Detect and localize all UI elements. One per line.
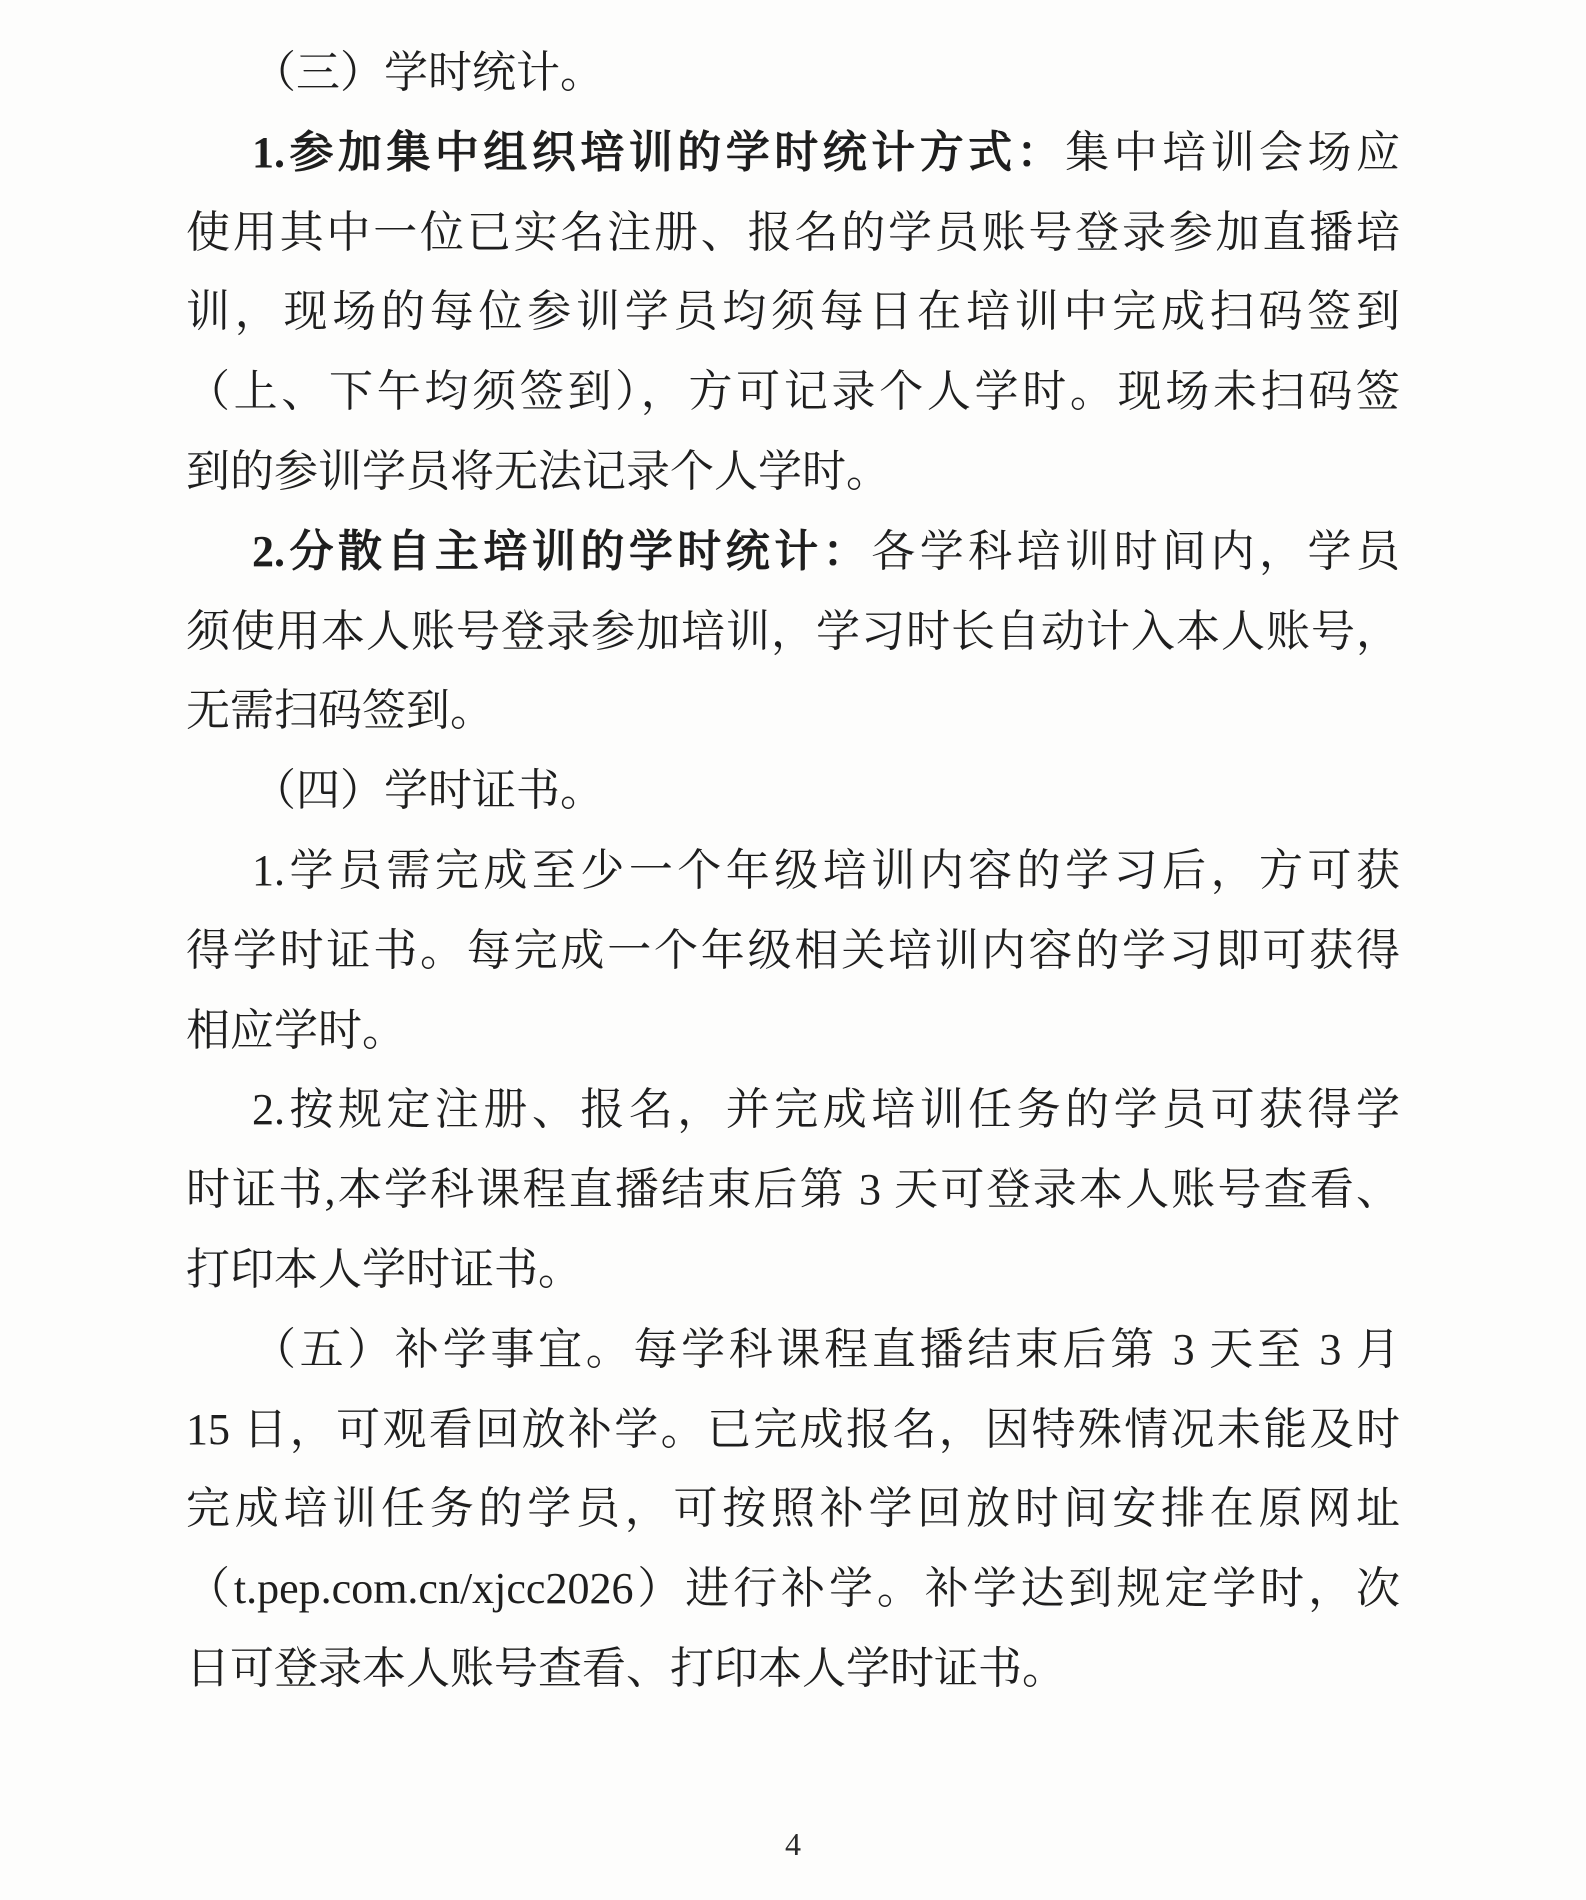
text-line: （t.pep.com.cn/xjcc2026）进行补学。补学达到规定学时，次 (186, 1549, 1400, 1629)
text-line: 完成培训任务的学员，可按照补学回放时间安排在原网址 (186, 1469, 1400, 1549)
text-segment: 各学科培训时间内，学员 (871, 527, 1400, 576)
text-line: （上、下午均须签到），方可记录个人学时。现场未扫码签 (186, 352, 1400, 432)
text-segment: （t.pep.com.cn/xjcc2026）进行补学。补学达到规定学时，次 (186, 1564, 1400, 1613)
text-segment: 相应学时。 (186, 1006, 406, 1055)
text-line: 到的参训学员将无法记录个人学时。 (186, 432, 1400, 512)
text-segment: 须使用本人账号登录参加培训，学习时长自动计入本人账号， (186, 607, 1400, 656)
text-segment: 1.学员需完成至少一个年级培训内容的学习后，方可获 (252, 846, 1400, 895)
text-segment: 15 日，可观看回放补学。已完成报名，因特殊情况未能及时 (186, 1405, 1400, 1454)
text-line: 1.学员需完成至少一个年级培训内容的学习后，方可获 (186, 831, 1400, 911)
text-line: 打印本人学时证书。 (186, 1230, 1400, 1310)
text-line: 2.按规定注册、报名，并完成培训任务的学员可获得学 (186, 1070, 1400, 1150)
text-segment: 得学时证书。每完成一个年级相关培训内容的学习即可获得 (186, 926, 1400, 975)
text-line: 须使用本人账号登录参加培训，学习时长自动计入本人账号， (186, 592, 1400, 672)
text-segment: 集中培训会场应 (1065, 128, 1400, 177)
text-segment: （五）补学事宜。每学科课程直播结束后第 3 天至 3 月 (252, 1325, 1400, 1374)
text-segment-bold: 2.分散自主培训的学时统计： (252, 527, 871, 576)
text-line: 使用其中一位已实名注册、报名的学员账号登录参加直播培 (186, 193, 1400, 273)
text-line: 相应学时。 (186, 991, 1400, 1071)
text-line: 15 日，可观看回放补学。已完成报名，因特殊情况未能及时 (186, 1390, 1400, 1470)
text-line: 无需扫码签到。 (186, 671, 1400, 751)
text-segment: 到的参训学员将无法记录个人学时。 (186, 447, 890, 496)
text-segment: 无需扫码签到。 (186, 686, 494, 735)
text-segment: 打印本人学时证书。 (186, 1245, 582, 1294)
text-segment: 2.按规定注册、报名，并完成培训任务的学员可获得学 (252, 1085, 1400, 1134)
text-segment: 日可登录本人账号查看、打印本人学时证书。 (186, 1644, 1066, 1693)
text-segment: （三）学时统计。 (252, 48, 604, 97)
page-number: 4 (0, 1818, 1586, 1870)
text-line: 得学时证书。每完成一个年级相关培训内容的学习即可获得 (186, 911, 1400, 991)
text-segment: （上、下午均须签到），方可记录个人学时。现场未扫码签 (186, 367, 1400, 416)
document-body: （三）学时统计。1.参加集中组织培训的学时统计方式：集中培训会场应使用其中一位已… (186, 33, 1400, 1709)
text-line: 时证书,本学科课程直播结束后第 3 天可登录本人账号查看、 (186, 1150, 1400, 1230)
text-line: （三）学时统计。 (186, 33, 1400, 113)
text-segment-bold: 1.参加集中组织培训的学时统计方式： (252, 128, 1065, 177)
text-line: 2.分散自主培训的学时统计：各学科培训时间内，学员 (186, 512, 1400, 592)
text-segment: 使用其中一位已实名注册、报名的学员账号登录参加直播培 (186, 208, 1400, 257)
text-segment: 训，现场的每位参训学员均须每日在培训中完成扫码签到 (186, 287, 1400, 336)
text-segment: （四）学时证书。 (252, 766, 604, 815)
text-line: 1.参加集中组织培训的学时统计方式：集中培训会场应 (186, 113, 1400, 193)
text-segment: 完成培训任务的学员，可按照补学回放时间安排在原网址 (186, 1484, 1400, 1533)
text-line: （四）学时证书。 (186, 751, 1400, 831)
text-segment: 时证书,本学科课程直播结束后第 3 天可登录本人账号查看、 (186, 1165, 1400, 1214)
scanned-document-page: （三）学时统计。1.参加集中组织培训的学时统计方式：集中培训会场应使用其中一位已… (0, 0, 1586, 1900)
text-line: 日可登录本人账号查看、打印本人学时证书。 (186, 1629, 1400, 1709)
text-line: 训，现场的每位参训学员均须每日在培训中完成扫码签到 (186, 272, 1400, 352)
text-line: （五）补学事宜。每学科课程直播结束后第 3 天至 3 月 (186, 1310, 1400, 1390)
